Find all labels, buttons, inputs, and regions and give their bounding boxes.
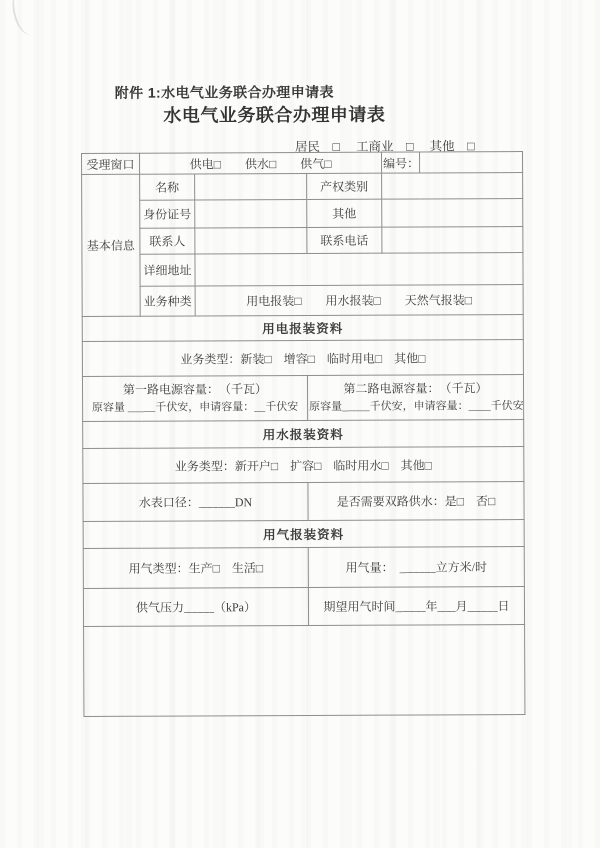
scan-sheet: 附件 1:水电气业务联合办理申请表 水电气业务联合办理申请表 居民 □ 工商业 … [0,0,600,848]
form-title: 水电气业务联合办理申请表 [54,100,495,128]
electric-route1-detail: 原容量 _____千伏安，申请容量：__千伏安 [84,400,306,416]
electric-business-type-cell: 业务类型：新装□ 增容□ 临时用电□ 其他□ [82,340,523,377]
phone-value-cell [382,227,523,254]
electric-route2-detail: 原容量_____千伏安，申请容量：____千伏安 [309,399,522,415]
gas-type-cell: 用气类型：生产□ 生活□ [83,547,308,588]
contact-value-cell [195,227,307,253]
window-label-cell: 受理窗口 [82,153,140,174]
basic-info-section-cell: 基本信息 [82,174,141,316]
electric-section-header: 用电报装资料 [82,315,523,342]
number-value-cell [419,152,522,173]
name-label-cell: 名称 [140,174,195,200]
other-label-cell: 其他 [307,199,382,227]
gas-amount-cell: 用气量： ______立方米/时 [308,547,524,588]
scan-artifact [8,0,43,37]
remarks-empty-cell [84,625,525,717]
property-type-label-cell: 产权类别 [307,173,382,199]
window-options-cell: 供电□ 供水□ 供气□ [140,152,382,174]
property-type-value-cell [382,173,523,200]
water-meter-cell: 水表口径：______DN [83,482,308,521]
scanned-document-page: 附件 1:水电气业务联合办理申请表 水电气业务联合办理申请表 居民 □ 工商业 … [0,0,600,848]
water-section-header: 用水报装资料 [83,420,524,449]
phone-label-cell: 联系电话 [307,227,382,253]
business-kind-label-cell: 业务种类 [140,286,195,316]
business-kind-options-cell: 用电报装□ 用水报装□ 天然气报装□ [195,285,523,316]
address-value-cell [195,253,523,286]
electric-route2-title: 第二路电源容量： （千瓦） [309,380,522,397]
number-label-cell: 编号： [381,152,419,173]
id-number-label-cell: 身份证号 [140,200,195,228]
address-label-cell: 详细地址 [140,254,195,286]
electric-route1-cell: 第一路电源容量： （千瓦） 原容量 _____千伏安，申请容量：__千伏安 [82,375,307,421]
name-value-cell [195,173,307,199]
application-form-table: 受理窗口 供电□ 供水□ 供气□ 编号： 基本信息 名称 产权类别 身份证号 其… [81,151,525,717]
water-business-type-cell: 业务类型：新开户□ 扩容□ 临时用水□ 其他□ [83,447,524,484]
electric-route1-title: 第一路电源容量： （千瓦） [84,381,306,398]
contact-label-cell: 联系人 [140,228,195,254]
electric-route2-cell: 第二路电源容量： （千瓦） 原容量_____千伏安，申请容量：____千伏安 [307,375,523,421]
gas-section-header: 用气报装资料 [83,520,524,549]
gas-pressure-cell: 供气压力_____（kPa） [83,587,308,626]
id-number-value-cell [195,199,307,227]
gas-expected-time-cell: 期望用气时间_____年___月_____日 [308,587,524,626]
attachment-title: 附件 1:水电气业务联合办理申请表 [115,82,334,103]
water-dual-supply-cell: 是否需要双路供水：是□ 否□ [308,482,524,521]
other-value-cell [382,199,523,228]
